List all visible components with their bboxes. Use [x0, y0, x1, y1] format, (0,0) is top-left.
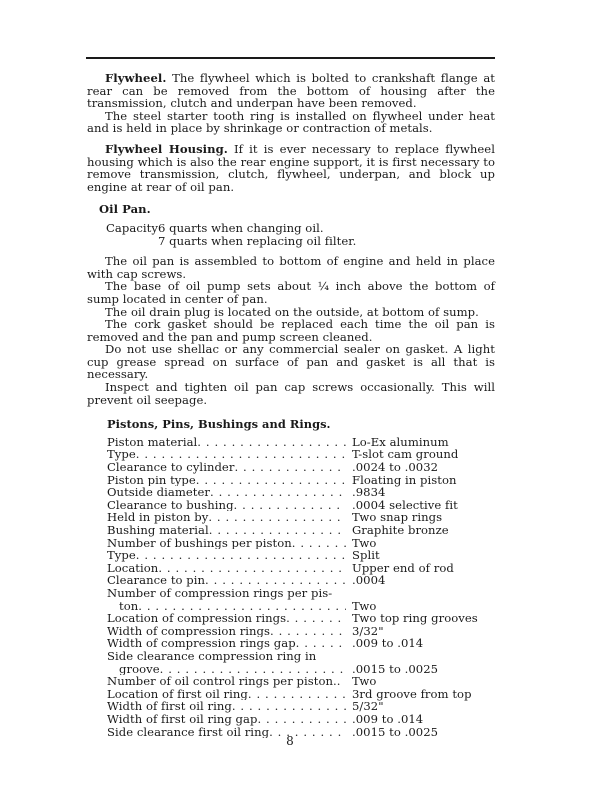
spec-row: Outside diameter.9834 — [107, 486, 459, 499]
oil-pan-paragraph: The cork gasket should be replaced each … — [87, 318, 495, 343]
spec-label: Held in piston by — [107, 511, 346, 524]
spec-row: Number of compression rings per pis- — [107, 587, 459, 600]
capacity-line-1: 6 quarts when changing oil. — [158, 222, 495, 235]
spec-row: Location of compression ringsTwo top rin… — [107, 612, 459, 625]
header-rule — [86, 57, 495, 59]
spec-label: Clearance to pin — [107, 574, 346, 587]
page-number: 8 — [0, 734, 580, 748]
spec-row: LocationUpper end of rod — [107, 562, 459, 575]
spec-label: Number of compression rings per pis- — [107, 587, 346, 600]
oil-pan-capacity: Capacity 6 quarts when changing oil. 7 q… — [106, 222, 495, 247]
spec-row: Width of first oil ring gap.009 to .014 — [107, 713, 459, 726]
spec-row: Clearance to cylinder.0024 to .0032 — [107, 461, 459, 474]
pistons-heading: Pistons, Pins, Bushings and Rings. — [107, 418, 495, 431]
spec-value: .0024 to .0032 — [352, 461, 464, 474]
oil-pan-paragraph: The oil pan is assembled to bottom of en… — [87, 255, 495, 280]
spec-label: Width of compression rings — [107, 625, 346, 638]
spec-label: Number of bushings per piston — [107, 537, 346, 550]
flywheel-housing-paragraph: Flywheel Housing. If it is ever necessar… — [87, 143, 495, 193]
oil-pan-heading: Oil Pan. — [99, 203, 495, 216]
spec-label: Location of first oil ring — [107, 688, 346, 701]
spec-row: Location of first oil ring3rd groove fro… — [107, 688, 459, 701]
spec-label-continued: groove — [107, 663, 346, 676]
spec-label: Location — [107, 562, 346, 575]
flywheel-paragraph-2: The steel starter tooth ring is installe… — [87, 110, 495, 135]
page-content: Flywheel. The flywheel which is bolted t… — [87, 72, 495, 738]
pistons-spec-table: Piston materialLo-Ex aluminumTypeT-slot … — [107, 436, 459, 738]
spec-value: .0004 — [352, 574, 464, 587]
spec-label: Piston pin type — [107, 474, 346, 487]
capacity-line-2: 7 quarts when replacing oil filter. — [158, 235, 495, 248]
oil-pan-paragraph: Inspect and tighten oil pan cap screws o… — [87, 381, 495, 406]
spec-value: Two top ring grooves — [352, 612, 464, 625]
spec-row: Side clearance compression ring in — [107, 650, 459, 663]
spec-row: Number of bushings per pistonTwo — [107, 537, 459, 550]
spec-value: Graphite bronze — [352, 524, 464, 537]
spec-label: Bushing material — [107, 524, 346, 537]
spec-value: Split — [352, 549, 464, 562]
spec-label: Clearance to cylinder — [107, 461, 346, 474]
spec-row: Width of compression rings gap.009 to .0… — [107, 637, 459, 650]
spec-row-continued: groove.0015 to .0025 — [107, 663, 459, 676]
spec-value: .9834 — [352, 486, 464, 499]
spec-label: Outside diameter — [107, 486, 346, 499]
spec-label: Width of first oil ring gap — [107, 713, 346, 726]
oil-pan-paragraph: The base of oil pump sets about ¼ inch a… — [87, 280, 495, 305]
spec-label: Piston material — [107, 436, 346, 449]
spec-label: Width of compression rings gap — [107, 637, 346, 650]
spec-label: Number of oil control rings per piston. — [107, 675, 346, 688]
spec-value: Two — [352, 675, 464, 688]
spec-label-continued: ton — [107, 600, 346, 613]
spec-row: Number of oil control rings per piston.T… — [107, 675, 459, 688]
spec-value: .009 to .014 — [352, 713, 464, 726]
spec-label: Location of compression rings — [107, 612, 346, 625]
spec-row: Clearance to pin.0004 — [107, 574, 459, 587]
spec-label: Type — [107, 549, 346, 562]
spec-label: Type — [107, 448, 346, 461]
spec-label: Width of first oil ring — [107, 700, 346, 713]
spec-label: Side clearance compression ring in — [107, 650, 346, 663]
spec-label: Clearance to bushing — [107, 499, 346, 512]
capacity-label: Capacity — [106, 222, 158, 235]
spec-row: TypeSplit — [107, 549, 459, 562]
flywheel-paragraph-1: Flywheel. The flywheel which is bolted t… — [87, 72, 495, 110]
spec-row: Bushing materialGraphite bronze — [107, 524, 459, 537]
oil-pan-paragraph: Do not use shellac or any commercial sea… — [87, 343, 495, 381]
spec-row: Piston pin typeFloating in piston — [107, 474, 459, 487]
spec-value: .009 to .014 — [352, 637, 464, 650]
oil-pan-paragraphs: The oil pan is assembled to bottom of en… — [87, 255, 495, 406]
